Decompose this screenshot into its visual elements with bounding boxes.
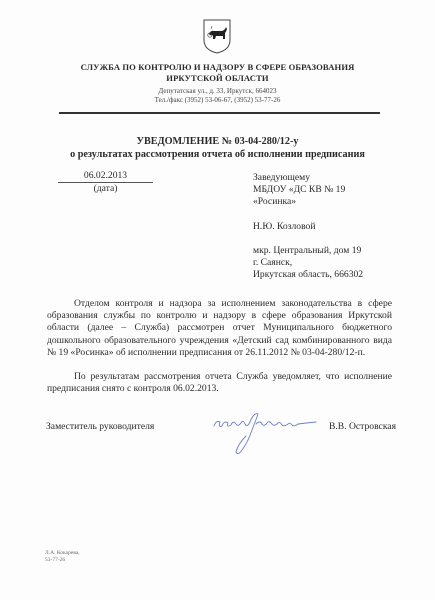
addressee-org: МБДОУ «ДС КВ № 19 bbox=[253, 184, 423, 196]
addressee-title: Заведующему bbox=[253, 172, 423, 184]
addressee-region: Иркутская область, 666302 bbox=[253, 269, 423, 281]
addressee-street: мкр. Центральный, дом 19 bbox=[253, 245, 423, 257]
org-line-1: СЛУЖБА ПО КОНТРОЛЮ И НАДЗОРУ В СФЕРЕ ОБР… bbox=[0, 62, 435, 73]
body-paragraph-2: По результатам рассмотрения отчета Служб… bbox=[47, 371, 392, 395]
document-date: 06.02.2013 bbox=[58, 170, 153, 183]
coat-of-arms-icon bbox=[202, 18, 232, 54]
date-block: 06.02.2013 (дата) bbox=[58, 170, 153, 195]
addressee-org-name: «Росинка» bbox=[253, 196, 423, 208]
handwritten-signature-icon bbox=[212, 408, 322, 458]
org-address: Депутатская ул., д. 33, Иркутск, 664023 bbox=[0, 87, 435, 96]
org-contacts: Депутатская ул., д. 33, Иркутск, 664023 … bbox=[0, 87, 435, 105]
org-line-2: ИРКУТСКОЙ ОБЛАСТИ bbox=[0, 73, 435, 84]
addressee-block: Заведующему МБДОУ «ДС КВ № 19 «Росинка» … bbox=[253, 172, 423, 281]
addressee-name: Н.Ю. Козловой bbox=[253, 221, 423, 233]
signatory-position: Заместитель руководителя bbox=[46, 421, 154, 433]
addressee-city: г. Саянск, bbox=[253, 257, 423, 269]
title-line-2: о результатах рассмотрения отчета об исп… bbox=[0, 148, 435, 161]
executor-footer: Л.А. Кокарева, 53-77-26 bbox=[45, 550, 80, 564]
document-title: УВЕДОМЛЕНИЕ № 03-04-280/12-у о результат… bbox=[0, 135, 435, 161]
organization-name: СЛУЖБА ПО КОНТРОЛЮ И НАДЗОРУ В СФЕРЕ ОБР… bbox=[0, 62, 435, 84]
executor-name: Л.А. Кокарева, bbox=[45, 550, 80, 557]
title-line-1: УВЕДОМЛЕНИЕ № 03-04-280/12-у bbox=[0, 135, 435, 148]
executor-phone: 53-77-26 bbox=[45, 557, 80, 564]
date-caption: (дата) bbox=[58, 183, 153, 195]
signatory-name: В.В. Островская bbox=[329, 421, 396, 433]
org-phone: Тел./факс (3952) 53-06-67, (3952) 53-77-… bbox=[0, 96, 435, 105]
body-paragraph-1: Отделом контроля и надзора за исполнение… bbox=[47, 298, 392, 359]
letterhead-divider bbox=[59, 112, 380, 114]
